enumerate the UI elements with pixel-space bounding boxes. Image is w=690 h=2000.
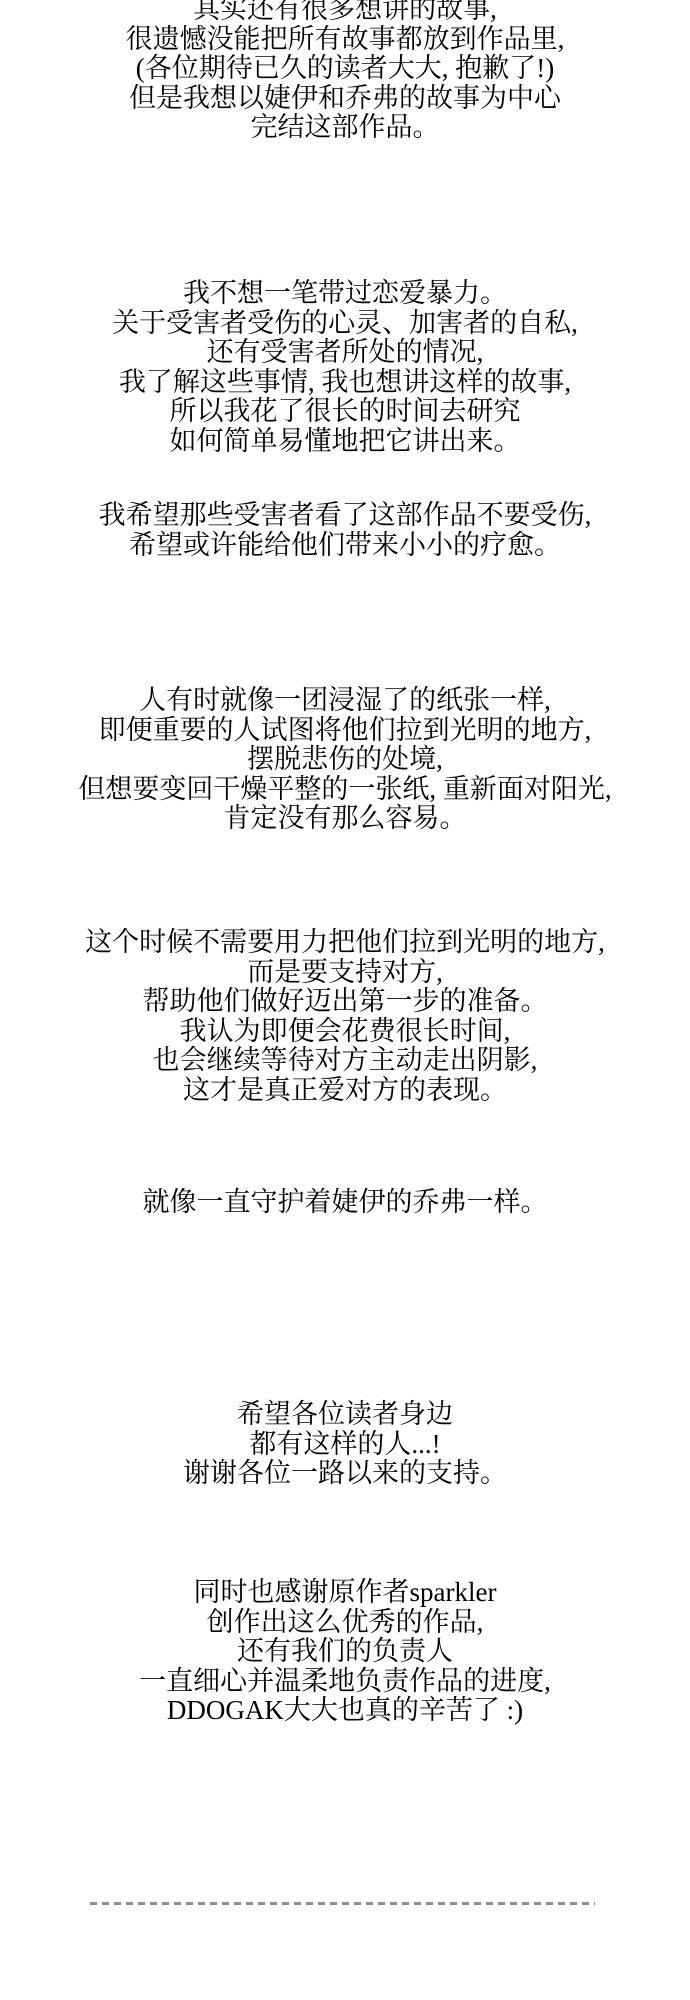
text-line: 如何简单易懂地把它讲出来。 <box>0 427 690 457</box>
text-line: 很遗憾没能把所有故事都放到作品里, <box>0 25 690 55</box>
text-line: 即便重要的人试图将他们拉到光明的地方, <box>0 716 690 746</box>
text-line: 创作出这么优秀的作品, <box>0 1608 690 1638</box>
paragraph: 这个时候不需要用力把他们拉到光明的地方,而是要支持对方,帮助他们做好迈出第一步的… <box>0 928 690 1105</box>
text-line: 摆脱悲伤的处境, <box>0 745 690 775</box>
text-line: 这才是真正爱对方的表现。 <box>0 1076 690 1106</box>
text-line: 我认为即便会花费很长时间, <box>0 1017 690 1047</box>
text-line: 希望或许能给他们带来小小的疗愈。 <box>0 531 690 561</box>
afterword-page: 其实还有很多想讲的故事,很遗憾没能把所有故事都放到作品里,(各位期待已久的读者大… <box>0 0 690 2000</box>
text-line: DDOGAK大大也真的辛苦了 :) <box>0 1696 690 1726</box>
text-line: 希望各位读者身边 <box>0 1400 690 1430</box>
text-line: 关于受害者受伤的心灵、加害者的自私, <box>0 309 690 339</box>
text-line: 一直细心并温柔地负责作品的进度, <box>0 1667 690 1697</box>
text-line: 还有受害者所处的情况, <box>0 338 690 368</box>
text-line: 谢谢各位一路以来的支持。 <box>0 1459 690 1489</box>
text-line: 我希望那些受害者看了这部作品不要受伤, <box>0 501 690 531</box>
paragraph: 同时也感谢原作者sparkler创作出这么优秀的作品,还有我们的负责人一直细心并… <box>0 1578 690 1726</box>
text-line: 而是要支持对方, <box>0 958 690 988</box>
text-line: 这个时候不需要用力把他们拉到光明的地方, <box>0 928 690 958</box>
text-line: 人有时就像一团浸湿了的纸张一样, <box>0 686 690 716</box>
text-line: 帮助他们做好迈出第一步的准备。 <box>0 987 690 1017</box>
text-line: 所以我花了很长的时间去研究 <box>0 397 690 427</box>
text-line: 也会继续等待对方主动走出阴影, <box>0 1046 690 1076</box>
text-line: 我不想一笔带过恋爱暴力。 <box>0 279 690 309</box>
paragraph: 就像一直守护着婕伊的乔弗一样。 <box>0 1188 690 1218</box>
text-line: 还有我们的负责人 <box>0 1637 690 1667</box>
text-line: 肯定没有那么容易。 <box>0 804 690 834</box>
text-line: 都有这样的人...! <box>0 1430 690 1460</box>
text-line: 我了解这些事情, 我也想讲这样的故事, <box>0 368 690 398</box>
paragraph: 人有时就像一团浸湿了的纸张一样,即便重要的人试图将他们拉到光明的地方,摆脱悲伤的… <box>0 686 690 834</box>
text-line: 完结这部作品。 <box>0 113 690 143</box>
dashed-divider <box>90 1902 595 1905</box>
text-line: 同时也感谢原作者sparkler <box>0 1578 690 1608</box>
text-line: 其实还有很多想讲的故事, <box>0 0 690 25</box>
paragraph: 其实还有很多想讲的故事,很遗憾没能把所有故事都放到作品里,(各位期待已久的读者大… <box>0 0 690 143</box>
paragraph: 我不想一笔带过恋爱暴力。关于受害者受伤的心灵、加害者的自私,还有受害者所处的情况… <box>0 279 690 456</box>
text-line: 就像一直守护着婕伊的乔弗一样。 <box>0 1188 690 1218</box>
text-line: (各位期待已久的读者大大, 抱歉了!) <box>0 54 690 84</box>
paragraph: 希望各位读者身边都有这样的人...!谢谢各位一路以来的支持。 <box>0 1400 690 1489</box>
text-line: 但想要变回干燥平整的一张纸, 重新面对阳光, <box>0 775 690 805</box>
text-line: 但是我想以婕伊和乔弗的故事为中心 <box>0 84 690 114</box>
paragraph: 我希望那些受害者看了这部作品不要受伤,希望或许能给他们带来小小的疗愈。 <box>0 501 690 560</box>
